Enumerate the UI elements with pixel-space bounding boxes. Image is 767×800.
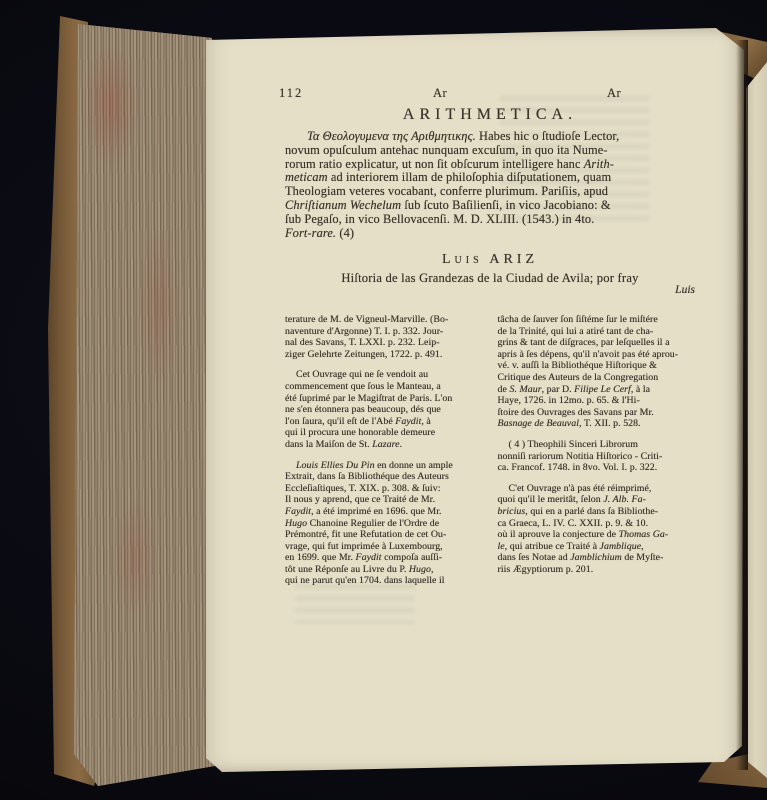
text-line: Prémontré, fit une Refutation de cet Ou-	[285, 529, 483, 541]
article-title: ARITHMETICA.	[285, 106, 695, 124]
text-line: nal des Savans, T. LXXI. p. 232. Leip-	[285, 337, 483, 349]
text-line: vrage, qui fut imprimée à Luxembourg,	[285, 541, 483, 553]
text-line: ſtoire des Ouvrages des Savans par Mr.	[498, 407, 696, 419]
left-column: terature de M. de Vigneul-Marville. (Bo-…	[285, 314, 483, 596]
text-line: Fort-rare. (4)	[285, 227, 677, 241]
text-line: tâcha de ſauver ſon ſiſtéme ſur le miſté…	[498, 314, 696, 326]
text-line: Τα Θεολογυμενα της Αριθμητικης. Habes hi…	[285, 130, 677, 144]
column-paragraph: ( 4 ) Theophili Sinceri Librorumnonniſi …	[498, 439, 696, 474]
text-line: qui ne parut qu'en 1704. dans laquelle i…	[285, 575, 483, 587]
text-line: naventure d'Argonne) T. I. p. 332. Jour-	[285, 326, 483, 338]
text-line: tôt une Réponſe au Livre du P. Hugo,	[285, 564, 483, 576]
text-line: C'et Ouvrage n'à pas été réimprimé,	[498, 483, 696, 495]
text-line: commencement que ſous le Manteau, a	[285, 381, 483, 393]
text-line: Critique des Auteurs de la Congregation	[498, 372, 696, 384]
text-line: en 1699. que Mr. Faydit compoſa auſſi-	[285, 552, 483, 564]
text-line: Chriſtianum Wechelum ſub ſcuto Baſilienſ…	[285, 199, 677, 213]
text-line: été ſuprimé par le Magiſtrat de Paris. L…	[285, 393, 483, 405]
text-line: nonniſi rariorum Notitia Hiſtorico - Cri…	[498, 451, 696, 463]
text-line: terature de M. de Vigneul-Marville. (Bo-	[285, 314, 483, 326]
text-line: Theologiam veteres vocabant, conferre pl…	[285, 185, 677, 199]
text-line: Haye, 1726. in 12mo. p. 65. & l'Hi-	[498, 395, 696, 407]
text-line: de la Trinité, qui lui a atiré tant de c…	[498, 326, 696, 338]
text-line: où il aprouve la conjecture de Thomas Ga…	[498, 529, 696, 541]
column-paragraph: C'et Ouvrage n'à pas été réimprimé,quoi …	[498, 483, 696, 576]
text-line: meticam ad interiorem illam de philoſoph…	[285, 171, 677, 185]
text-line: ſub Pegaſo, in vico Bellovacenſi. M. D. …	[285, 213, 677, 227]
text-line: quoi qu'il le meritât, ſelon J. Alb. Fa-	[498, 494, 696, 506]
text-line: qui il procura une honorable demeure	[285, 427, 483, 439]
text-line: riis Ægyptiorum p. 201.	[498, 564, 696, 576]
text-line: ca Graeca, L. IV. C. XXII. p. 9. & 10.	[498, 518, 696, 530]
text-line: novum opuſculum antehac nunquam excuſum,…	[285, 144, 677, 158]
text-line: ( 4 ) Theophili Sinceri Librorum	[498, 439, 696, 451]
running-header: 112 Ar Ar	[285, 86, 695, 102]
text-line: vé. v. auſſi la Bibliothéque Hiſtorique …	[498, 360, 696, 372]
text-line: dans ſes Notae ad Jamblichium de Myſte-	[498, 552, 696, 564]
book-scan-photo: 112 Ar Ar ARITHMETICA. Τα Θεολογυμενα τη…	[0, 0, 767, 800]
text-line: l'on ſaura, qu'il eſt de l'Abé Faydit, à	[285, 416, 483, 428]
text-line: bricius, qui en a parlé dans ſa Biblioth…	[498, 506, 696, 518]
text-line: ziger Gelehrte Zeitungen, 1722. p. 491.	[285, 349, 483, 361]
column-paragraph: terature de M. de Vigneul-Marville. (Bo-…	[285, 314, 483, 360]
catchword: Luis	[285, 284, 695, 296]
entry-heading: Luis ARIZ	[285, 252, 695, 268]
text-line: Basnage de Beauval, T. XII. p. 528.	[498, 418, 696, 430]
text-line: Faydit, a été imprimé en 1696. que Mr.	[285, 506, 483, 518]
page-number: 112	[279, 86, 303, 101]
text-line: Eccleſiaſtiques, T. XIX. p. 308. & ſuiv:	[285, 483, 483, 495]
text-line: apris à ſes dépens, qu'il n'avoit pas ét…	[498, 349, 696, 361]
text-line: ca. Francof. 1748. in 8vo. Vol. I. p. 32…	[498, 462, 696, 474]
text-line: ne s'en étonnera pas beaucoup, dés que	[285, 404, 483, 416]
text-line: Extrait, dans ſa Bibliothéque des Auteur…	[285, 471, 483, 483]
running-head-right: Ar	[607, 86, 621, 101]
facing-page-sliver	[746, 62, 767, 778]
text-line: de S. Maur, par D. Filipe Le Cerf, à la	[498, 384, 696, 396]
text-line: grins & tant de diſgraces, par leſquelle…	[498, 337, 696, 349]
text-line: Hugo Chanoine Regulier de l'Ordre de	[285, 518, 483, 530]
article-paragraph: Τα Θεολογυμενα της Αριθμητικης. Habes hi…	[285, 130, 677, 240]
running-head-left: Ar	[433, 86, 447, 101]
column-paragraph: tâcha de ſauver ſon ſiſtéme ſur le miſté…	[498, 314, 696, 430]
text-line: dans la Maiſon de St. Lazare.	[285, 439, 483, 451]
two-column-text: terature de M. de Vigneul-Marville. (Bo-…	[285, 314, 695, 596]
text-line: Cet Ouvrage qui ne ſe vendoit au	[285, 369, 483, 381]
gutter-shadow	[736, 40, 748, 770]
book-page: 112 Ar Ar ARITHMETICA. Τα Θεολογυμενα τη…	[200, 24, 746, 776]
text-line: le, qui atribue ce Traité à Jamblique,	[498, 541, 696, 553]
text-line: rorum ratio explicatur, ut non ſit obſcu…	[285, 158, 677, 172]
column-paragraph: Louis Ellies Du Pin en donne un ampleExt…	[285, 460, 483, 588]
column-paragraph: Cet Ouvrage qui ne ſe vendoit aucommence…	[285, 369, 483, 450]
text-line: Il nous y aprend, que ce Traité de Mr.	[285, 494, 483, 506]
right-column: tâcha de ſauver ſon ſiſtéme ſur le miſté…	[498, 314, 696, 596]
text-line: Louis Ellies Du Pin en donne un ample	[285, 460, 483, 472]
